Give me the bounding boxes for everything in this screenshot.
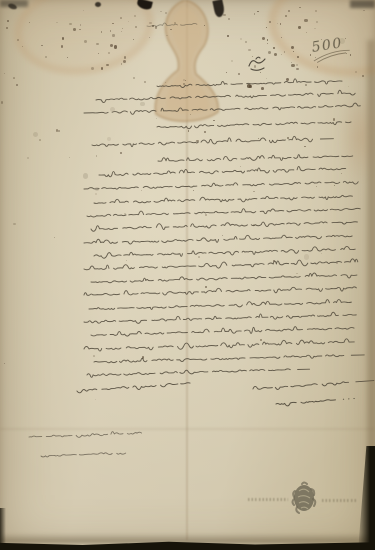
scan-edge-right-shade — [367, 40, 375, 460]
manuscript-scan-page: 500 — [0, 0, 375, 550]
handwritten-line — [41, 453, 124, 458]
scan-corner-top-left — [0, 0, 28, 7]
handwriting-address-block — [0, 0, 375, 550]
stamp-text-right — [322, 499, 358, 502]
scan-edge-left — [0, 508, 6, 550]
stamp-text-left — [248, 498, 288, 501]
handwritten-line — [29, 433, 143, 439]
scan-edge-bottom-soft — [0, 533, 375, 543]
scan-corner-top-right — [350, 0, 375, 8]
archive-stamp-emblem — [289, 481, 319, 517]
